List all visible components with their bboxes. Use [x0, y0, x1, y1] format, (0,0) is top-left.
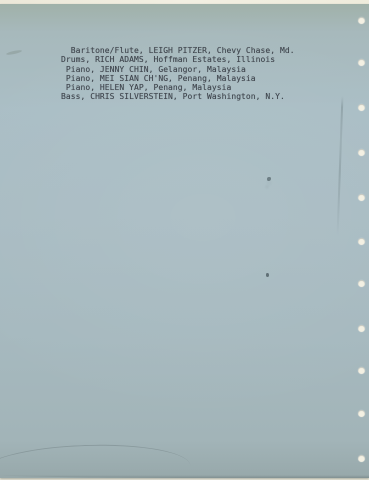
paper-bottom-edge-shadow: [0, 475, 369, 478]
punch-hole: [358, 325, 365, 332]
punch-hole: [358, 59, 365, 66]
roster-line-piano-1: Piano, JENNY CHIN, Gelangor, Malaysia: [61, 65, 295, 74]
punch-hole: [358, 149, 365, 156]
roster-line-baritone-flute: Baritone/Flute, LEIGH PITZER, Chevy Chas…: [61, 46, 295, 55]
roster-line-piano-2: Piano, MEI SIAN CH'NG, Penang, Malaysia: [61, 74, 295, 83]
punch-hole: [358, 367, 365, 374]
roster-line-bass: Bass, CHRIS SILVERSTEIN, Port Washington…: [61, 92, 295, 101]
personnel-roster-text: Baritone/Flute, LEIGH PITZER, Chevy Chas…: [61, 46, 295, 102]
punch-hole: [358, 455, 365, 462]
punch-hole: [358, 17, 365, 24]
punch-hole: [358, 238, 365, 245]
roster-line-drums: Drums, RICH ADAMS, Hoffman Estates, Illi…: [61, 55, 295, 64]
punch-hole: [358, 104, 365, 111]
ink-speck: [266, 273, 269, 277]
punch-hole: [358, 280, 365, 287]
punch-hole: [358, 410, 365, 417]
punch-hole: [358, 194, 365, 201]
